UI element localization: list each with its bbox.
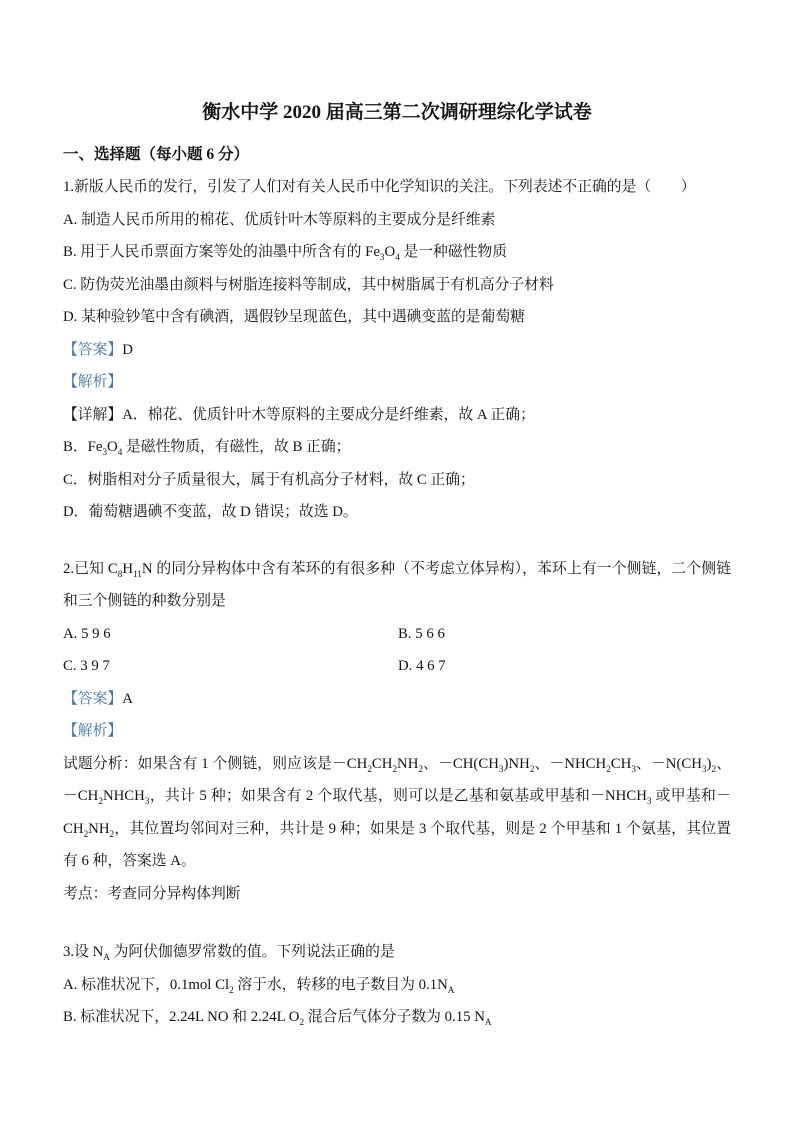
answer-label: 【答案】 <box>63 691 122 707</box>
answer-label: 【答案】 <box>63 342 122 358</box>
question-3: 3.设 NA 为阿伏伽德罗常数的值。下列说法正确的是 A. 标准状况下，0.1m… <box>63 936 731 1034</box>
question-2: 2.已知 C8H11N 的同分异构体中含有苯环的有很多种（不考虑立体异构），苯环… <box>63 553 731 911</box>
answer-value: A <box>122 691 133 707</box>
question-1-option-d: D. 某种验钞笔中含有碘酒，遇假钞呈现蓝色，其中遇碘变蓝的是葡萄糖 <box>63 301 731 334</box>
question-1-stem: 1.新版人民币的发行，引发了人们对有关人民币中化学知识的关注。下列表述不正确的是… <box>63 171 731 204</box>
analysis-label: 【解析】 <box>63 366 731 399</box>
document-page: 衡水中学 2020 届高三第二次调研理综化学试卷 一、选择题（每小题 6 分） … <box>0 0 793 1122</box>
question-1-option-b: B. 用于人民币票面方案等处的油墨中所含有的 Fe3O4 是一种磁性物质 <box>63 236 731 269</box>
spacer <box>63 529 731 553</box>
question-1-option-a: A. 制造人民币所用的棉花、优质针叶木等原料的主要成分是纤维素 <box>63 204 731 237</box>
question-3-option-a: A. 标准状况下，0.1mol Cl2 溶于水，转移的电子数目为 0.1NA <box>63 969 731 1002</box>
question-2-answer-line: 【答案】A <box>63 683 731 716</box>
question-1-explanation-line: 【详解】A．棉花、优质针叶木等原料的主要成分是纤维素，故 A 正确； <box>63 399 731 432</box>
document-content: 衡水中学 2020 届高三第二次调研理综化学试卷 一、选择题（每小题 6 分） … <box>63 0 731 1034</box>
section-heading: 一、选择题（每小题 6 分） <box>63 139 731 171</box>
question-1-answer-line: 【答案】D <box>63 334 731 367</box>
question-3-stem: 3.设 NA 为阿伏伽德罗常数的值。下列说法正确的是 <box>63 936 731 969</box>
question-2-option-c: C. 3 9 7 <box>63 650 398 683</box>
question-2-option-a: A. 5 9 6 <box>63 618 398 651</box>
question-2-explanation: 试题分析：如果含有 1 个侧链，则应该是－CH2CH2NH2、－CH(CH3)N… <box>63 748 731 878</box>
question-2-options-row-2: C. 3 9 7 D. 4 6 7 <box>63 650 731 683</box>
answer-value: D <box>122 342 133 358</box>
question-1-explanation-line: C．树脂相对分子质量很大，属于有机高分子材料，故 C 正确； <box>63 464 731 497</box>
analysis-label: 【解析】 <box>63 715 731 748</box>
document-title: 衡水中学 2020 届高三第二次调研理综化学试卷 <box>63 99 731 127</box>
question-1-explanation-line: B．Fe3O4 是磁性物质，有磁性，故 B 正确； <box>63 431 731 464</box>
question-2-option-b: B. 5 6 6 <box>398 618 445 651</box>
question-1-option-c: C. 防伪荧光油墨由颜料与树脂连接料等制成，其中树脂属于有机高分子材料 <box>63 269 731 302</box>
question-2-option-d: D. 4 6 7 <box>398 650 446 683</box>
spacer <box>63 910 731 936</box>
question-2-stem: 2.已知 C8H11N 的同分异构体中含有苯环的有很多种（不考虑立体异构），苯环… <box>63 553 731 618</box>
question-2-options-row-1: A. 5 9 6 B. 5 6 6 <box>63 618 731 651</box>
question-2-topic-line: 考点：考查同分异构体判断 <box>63 878 731 911</box>
question-1: 1.新版人民币的发行，引发了人们对有关人民币中化学知识的关注。下列表述不正确的是… <box>63 171 731 529</box>
question-3-option-b: B. 标准状况下，2.24L NO 和 2.24L O2 混合后气体分子数为 0… <box>63 1001 731 1034</box>
question-1-explanation-line: D．葡萄糖遇碘不变蓝，故 D 错误；故选 D。 <box>63 496 731 529</box>
